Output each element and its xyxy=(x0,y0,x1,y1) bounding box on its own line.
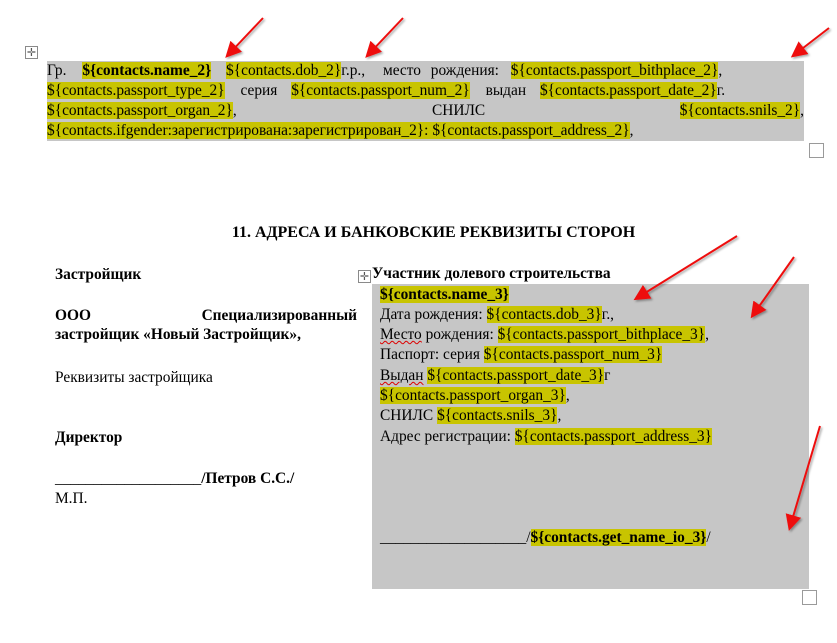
participant-passport-row: Паспорт: серия ${contacts.passport_num_3… xyxy=(380,345,662,365)
company-type: Специализированный xyxy=(202,307,357,325)
field-passport-num-2[interactable]: ${contacts.passport_num_2} xyxy=(291,82,470,99)
comma: , xyxy=(705,326,709,343)
field-birthplace-2[interactable]: ${contacts.passport_bithplace_2} xyxy=(511,62,719,79)
birthplace-label-rest: рождения: xyxy=(422,326,494,343)
field-name-3[interactable]: ${contacts.name_3} xyxy=(380,286,509,303)
developer-heading: Застройщик xyxy=(55,266,141,284)
comma: , xyxy=(800,102,804,119)
developer-signature-row: ___________________/Петров С.С./ xyxy=(55,470,294,488)
field-passport-organ-3[interactable]: ${contacts.passport_organ_3} xyxy=(380,387,566,404)
birthplace-label: место рождения: xyxy=(383,62,499,79)
comma: , xyxy=(718,62,722,79)
seal-label: М.П. xyxy=(55,490,88,508)
participant-snils-row: СНИЛС ${contacts.snils_3}, xyxy=(380,406,561,426)
paragraph-line-3: ${contacts.passport_organ_2}, СНИЛС ${co… xyxy=(47,101,804,121)
date-suffix: г. xyxy=(717,82,725,99)
issued-label: выдан xyxy=(486,82,527,99)
slash: / xyxy=(706,529,710,546)
contact-2-paragraph: Гр. ${contacts.name_2} ${contacts.dob_2}… xyxy=(47,61,802,141)
field-snils-3[interactable]: ${contacts.snils_3} xyxy=(437,407,557,424)
snils-label: СНИЛС xyxy=(432,101,485,121)
developer-company-line-1: ООО Специализированный xyxy=(55,307,357,325)
dob-suffix: г.р., xyxy=(341,62,365,79)
participant-address-row: Адрес регистрации: ${contacts.passport_a… xyxy=(380,427,712,447)
participant-dob-row: Дата рождения: ${contacts.dob_3}г., xyxy=(380,305,614,325)
developer-requisites: Реквизиты застройщика xyxy=(55,369,213,387)
birthplace-label-word: Место xyxy=(380,326,422,343)
issued-label: Выдан xyxy=(380,367,424,384)
participant-birthplace-row: Место рождения: ${contacts.passport_bith… xyxy=(380,325,709,345)
paragraph-line-2: ${contacts.passport_type_2} серия ${cont… xyxy=(47,81,725,101)
developer-position: Директор xyxy=(55,429,122,447)
field-passport-organ-2[interactable]: ${contacts.passport_organ_2} xyxy=(47,102,233,119)
field-name-2[interactable]: ${contacts.name_2} xyxy=(82,62,211,79)
developer-company-line-2: застройщик «Новый Застройщик», xyxy=(55,326,301,344)
table-resize-handle-icon[interactable] xyxy=(809,143,824,158)
dob-label: Дата рождения: xyxy=(380,306,483,323)
address-label: Адрес регистрации: xyxy=(380,428,511,445)
field-dob-2[interactable]: ${contacts.dob_2} xyxy=(226,62,341,79)
field-passport-address-3[interactable]: ${contacts.passport_address_3} xyxy=(515,428,712,445)
signature-line: ___________________ xyxy=(380,529,526,546)
participant-organ-row: ${contacts.passport_organ_3}, xyxy=(380,386,570,406)
field-dob-3[interactable]: ${contacts.dob_3} xyxy=(487,306,602,323)
arrow-icon xyxy=(368,18,403,55)
table-resize-handle-icon[interactable] xyxy=(802,590,817,605)
field-passport-num-3[interactable]: ${contacts.passport_num_3} xyxy=(484,346,663,363)
table-move-handle-icon[interactable]: ✛ xyxy=(358,270,371,283)
developer-signatory: /Петров С.С./ xyxy=(201,470,294,487)
date-suffix: г xyxy=(604,367,610,384)
comma: , xyxy=(566,387,570,404)
participant-issued-row: Выдан ${contacts.passport_date_3}г xyxy=(380,366,610,386)
company-prefix: ООО xyxy=(55,307,91,324)
field-passport-address-2[interactable]: ${contacts.passport_address_2} xyxy=(432,122,629,139)
slash: / xyxy=(526,529,530,546)
paragraph-line-1: Гр. ${contacts.name_2} ${contacts.dob_2}… xyxy=(47,61,802,81)
field-passport-date-3[interactable]: ${contacts.passport_date_3} xyxy=(427,367,604,384)
comma: , xyxy=(233,102,237,119)
snils-label: СНИЛС xyxy=(380,407,433,424)
field-gender-registered-2[interactable]: ${contacts.ifgender:зарегистрирована:зар… xyxy=(47,122,424,139)
field-get-name-io-3[interactable]: ${contacts.get_name_io_3} xyxy=(531,529,707,546)
dob-suffix: г., xyxy=(602,306,614,323)
field-snils-2[interactable]: ${contacts.snils_2} xyxy=(680,102,800,119)
arrow-icon xyxy=(228,18,263,55)
signature-line: ___________________ xyxy=(55,470,201,487)
participant-signature-row: ___________________/${contacts.get_name_… xyxy=(380,528,711,548)
field-passport-type-2[interactable]: ${contacts.passport_type_2} xyxy=(47,82,225,99)
passport-label: Паспорт: серия xyxy=(380,346,480,363)
table-move-handle-icon[interactable]: ✛ xyxy=(25,46,38,59)
field-birthplace-3[interactable]: ${contacts.passport_bithplace_3} xyxy=(498,326,706,343)
prefix-text: Гр. xyxy=(47,62,66,79)
section-title: 11. АДРЕСА И БАНКОВСКИЕ РЕКВИЗИТЫ СТОРОН xyxy=(0,224,837,242)
paragraph-line-4: ${contacts.ifgender:зарегистрирована:зар… xyxy=(47,121,633,141)
comma: , xyxy=(557,407,561,424)
participant-heading: Участник долевого строительства xyxy=(372,265,611,283)
series-label: серия xyxy=(240,82,277,99)
arrow-icon xyxy=(794,28,829,55)
field-passport-date-2[interactable]: ${contacts.passport_date_2} xyxy=(540,82,717,99)
comma: , xyxy=(630,122,634,139)
